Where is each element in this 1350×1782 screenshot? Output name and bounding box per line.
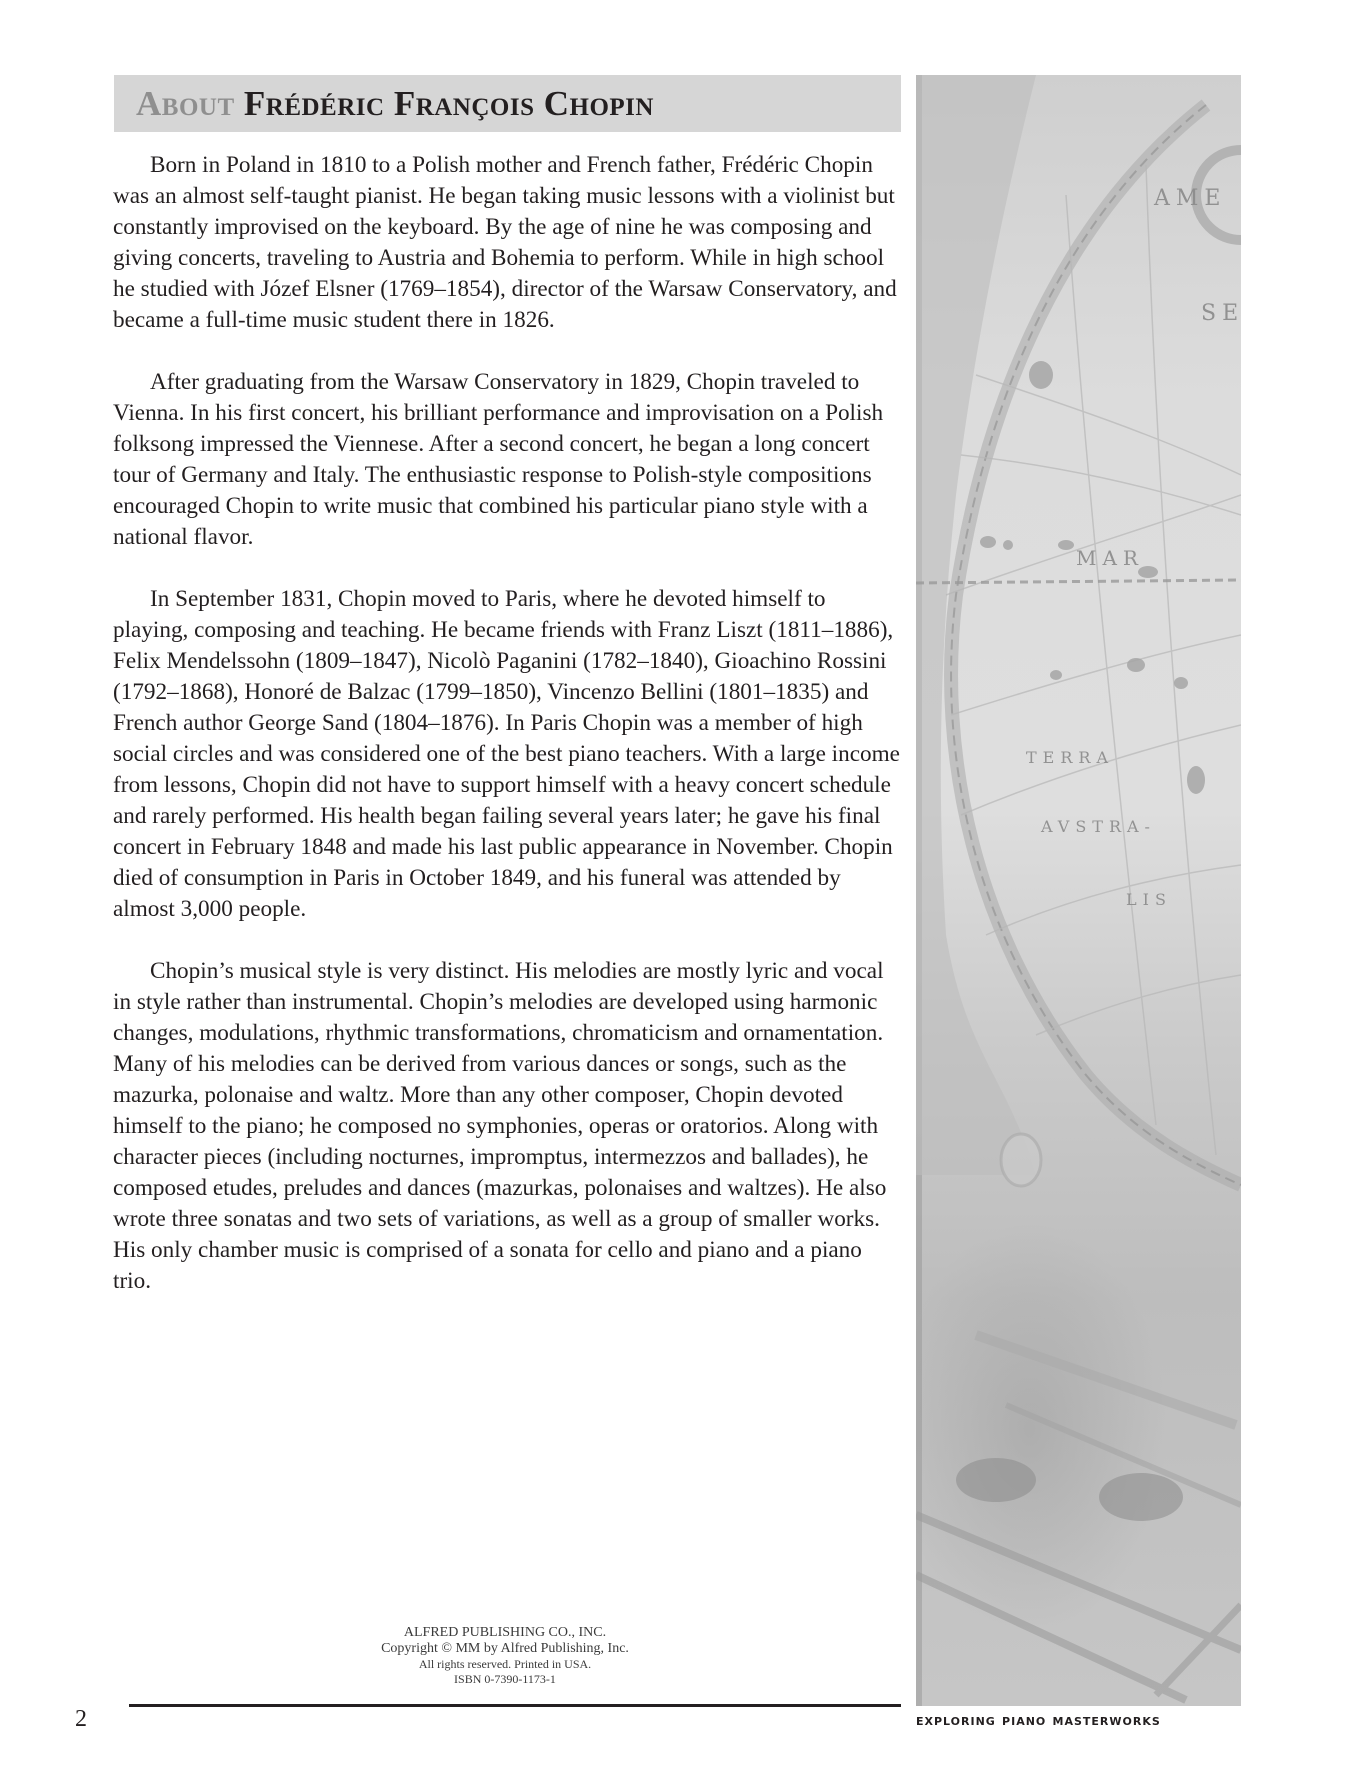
page-number: 2 xyxy=(75,1706,87,1732)
footer-divider xyxy=(129,1704,901,1707)
rights-notice: All rights reserved. Printed in USA. xyxy=(305,1657,705,1672)
map-label-lis: LIS xyxy=(1126,890,1172,909)
series-title: Exploring Piano Masterworks xyxy=(916,1710,1161,1730)
page-title: About Frédéric François Chopin xyxy=(136,84,654,124)
copyright-block: ALFRED PUBLISHING CO., INC. Copyright © … xyxy=(305,1625,705,1687)
copyright-notice: Copyright © MM by Alfred Publishing, Inc… xyxy=(305,1641,705,1657)
map-label-terra: TERRA xyxy=(1026,748,1114,767)
title-prefix: About xyxy=(136,84,235,123)
section-header-bar: About Frédéric François Chopin xyxy=(114,75,901,132)
map-label-mar: MAR xyxy=(1076,546,1144,570)
paragraph-paris: In September 1831, Chopin moved to Paris… xyxy=(113,584,903,925)
paragraph-vienna: After graduating from the Warsaw Conserv… xyxy=(113,367,903,553)
decorative-map-image: AME SEP MAR TERRA AVSTRA- LIS xyxy=(916,75,1241,1706)
biography-text: Born in Poland in 1810 to a Polish mothe… xyxy=(113,150,903,1328)
title-composer-name: Frédéric François Chopin xyxy=(244,84,654,123)
map-label-avstra: AVSTRA- xyxy=(1040,817,1156,836)
paragraph-early-life: Born in Poland in 1810 to a Polish mothe… xyxy=(113,150,903,336)
isbn: ISBN 0-7390-1173-1 xyxy=(305,1672,705,1687)
map-label-sep: SEP xyxy=(1201,301,1241,326)
map-illustration-icon: AME SEP MAR TERRA AVSTRA- LIS xyxy=(916,75,1241,1706)
publisher-name: ALFRED PUBLISHING CO., INC. xyxy=(305,1625,705,1641)
map-label-ame: AME xyxy=(1153,186,1226,211)
paragraph-musical-style: Chopin’s musical style is very distinct.… xyxy=(113,956,903,1297)
